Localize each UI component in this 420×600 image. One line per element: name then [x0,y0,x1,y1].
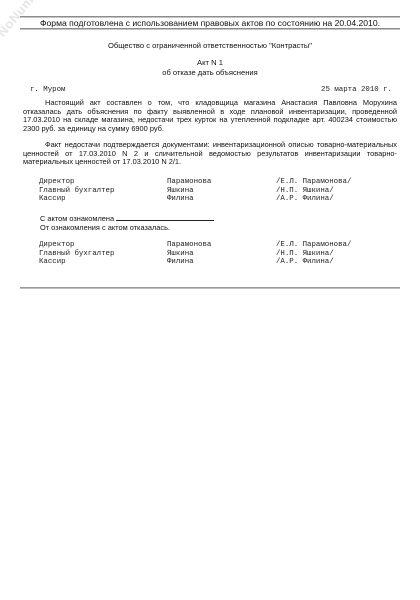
signer-signature: Филина [167,195,276,204]
signature-blank [116,213,214,221]
signer-signature: Парамонова [167,178,276,187]
organization-name: Общество с ограниченной ответственностью… [20,41,400,50]
signer-role: Кассир [39,195,167,204]
signer-name: /А.Р. Филина/ [276,258,399,267]
signer-signature: Яшкина [167,250,276,259]
signature-row: Главный бухгалтер Яшкина /Н.П. Яшкина/ [39,250,399,259]
acknowledgement-block: С актом ознакомлена От ознакомления с ак… [40,213,214,232]
act-subtitle: об отказе дать объяснения [20,68,400,78]
signer-name: /Е.Л. Парамонова/ [276,241,399,250]
signer-role: Кассир [39,258,167,267]
signer-role: Директор [39,178,167,187]
paragraph-evidence: Факт недостачи подтверждается документам… [23,141,397,167]
signer-name: /Н.П. Яшкина/ [276,187,399,196]
date: 25 марта 2010 г. [321,86,392,94]
act-title: Акт N 1 [20,58,400,68]
signature-row: Кассир Филина /А.Р. Филина/ [39,258,399,267]
signature-row: Главный бухгалтер Яшкина /Н.П. Яшкина/ [39,187,399,196]
signer-signature: Яшкина [167,187,276,196]
signer-role: Главный бухгалтер [39,250,167,259]
signature-block-second: Директор Парамонова /Е.Л. Парамонова/ Гл… [39,241,399,267]
place: г. Муром [30,86,65,94]
signature-row: Кассир Филина /А.Р. Филина/ [39,195,399,204]
notice-rule [20,28,400,30]
bottom-rule [20,287,400,289]
paragraph-statement: Настоящий акт составлен о том, что кладо… [23,99,397,133]
signer-signature: Филина [167,258,276,267]
signer-name: /Н.П. Яшкина/ [276,250,399,259]
acknowledgement-label: С актом ознакомлена [40,214,114,223]
signer-role: Директор [39,241,167,250]
signer-name: /Е.Л. Парамонова/ [276,178,399,187]
signature-block-first: Директор Парамонова /Е.Л. Парамонова/ Гл… [39,178,399,204]
form-notice: Форма подготовлена с использованием прав… [20,18,400,28]
signer-role: Главный бухгалтер [39,187,167,196]
act-heading: Акт N 1 об отказе дать объяснения [20,58,400,77]
signature-row: Директор Парамонова /Е.Л. Парамонова/ [39,178,399,187]
signature-row: Директор Парамонова /Е.Л. Парамонова/ [39,241,399,250]
acknowledgement-line: С актом ознакомлена [40,213,214,223]
place-date-row: г. Муром 25 марта 2010 г. [30,86,392,94]
signer-signature: Парамонова [167,241,276,250]
refusal-note: От ознакомления с актом отказалась. [40,223,214,232]
signer-name: /А.Р. Филина/ [276,195,399,204]
